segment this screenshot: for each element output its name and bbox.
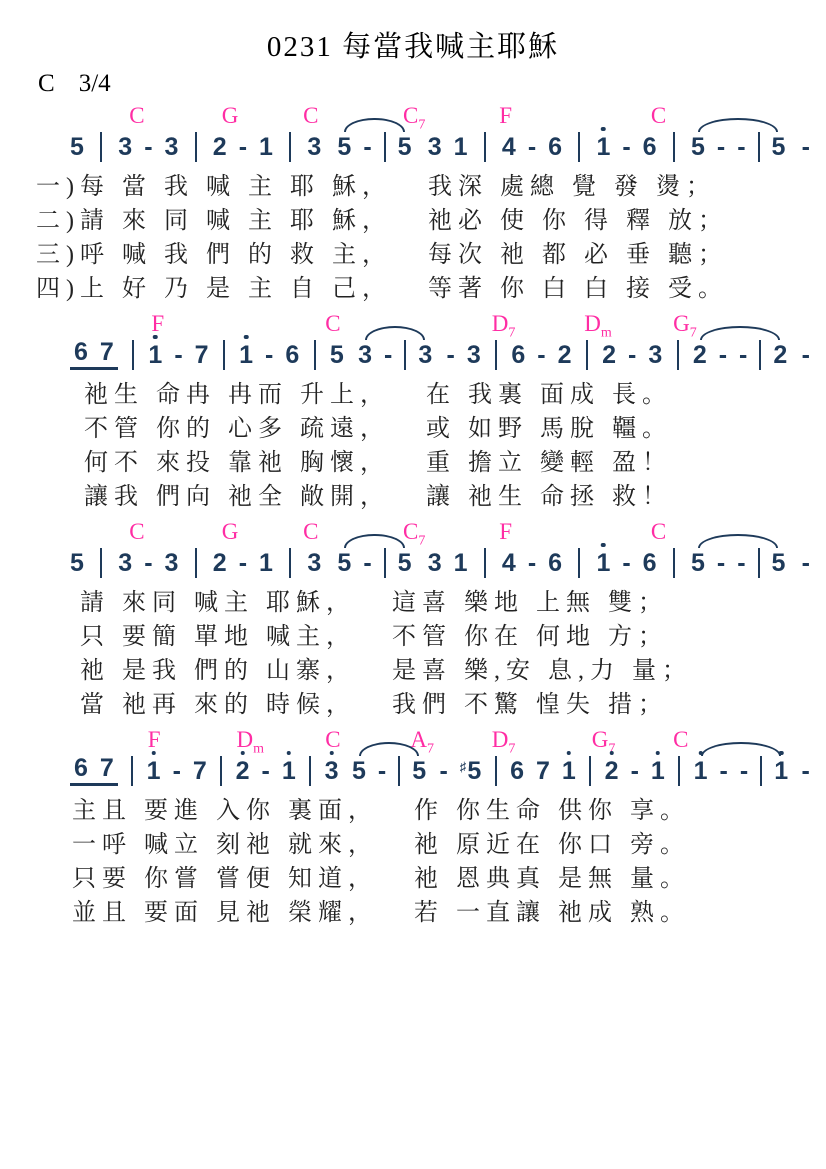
duration-dash: - — [378, 759, 386, 784]
lyric-line: 何不 來投 靠祂 胸懷， 重 擔立 變輕 盈！ — [84, 446, 826, 480]
lyric-line: 二)請 來 同 喊 主 耶 穌， 祂必 使 你 得 釋 放； — [36, 204, 826, 238]
barline — [289, 132, 291, 162]
note-group — [678, 756, 680, 786]
notation-note: 3 — [165, 551, 179, 576]
barline — [404, 340, 406, 370]
chord-root: F — [148, 727, 161, 752]
chord-root: D — [492, 311, 509, 336]
notation-note: 5 — [398, 551, 412, 576]
barline — [223, 340, 225, 370]
staff: CGCC7FC53-32-135-5314-61-65--5- — [70, 516, 810, 583]
note-group — [131, 756, 133, 786]
notation-note: 5 — [70, 551, 84, 576]
chord-label: C — [673, 728, 688, 751]
chord-label: C — [651, 520, 666, 543]
notation-note: 3 — [307, 551, 321, 576]
staff: CGCC7FC53-32-135-5314-61-65--5- — [70, 100, 810, 167]
duration-dash: - — [740, 759, 748, 784]
barline — [589, 756, 591, 786]
note-group: 5 — [330, 343, 344, 368]
chord-root: F — [499, 519, 512, 544]
time-signature: 3/4 — [79, 70, 111, 97]
chord-label: D7 — [492, 728, 516, 751]
chord-label: C — [325, 728, 340, 751]
chord-label: Dm — [584, 312, 612, 335]
chord-label: C — [303, 104, 318, 127]
chord-label: D7 — [492, 312, 516, 335]
chord-label: G7 — [592, 728, 616, 751]
notation-note: 1 — [596, 135, 610, 160]
note-group: 1-7 — [147, 759, 207, 784]
chord-label: C — [303, 520, 318, 543]
notation-note: 3 — [325, 759, 339, 784]
chord-label: F — [148, 728, 161, 751]
tie-group: 5-5 — [337, 548, 411, 578]
notation-note: 1 — [259, 551, 273, 576]
chord-row: CGCC7FC — [70, 516, 810, 543]
lyric-line: 並且 要面 見祂 榮耀， 若 一直讓 祂成 熟。 — [72, 896, 826, 930]
notation-note: 1 — [562, 759, 576, 784]
notation-row: 53-32-135-5314-61-65--5- — [70, 543, 810, 583]
barline — [289, 548, 291, 578]
note-group — [220, 756, 222, 786]
notation-note: 2 — [213, 551, 227, 576]
note-group: -♯5 — [440, 759, 482, 784]
duration-dash: - — [144, 135, 152, 160]
barline — [398, 756, 400, 786]
lyrics-block: 請 來同 喊主 耶穌， 這喜 樂地 上無 雙；只 要簡 單地 喊主， 不管 你在… — [0, 586, 826, 722]
duration-dash: - — [528, 135, 536, 160]
notation-note: 3 — [428, 551, 442, 576]
notation-note: 7 — [193, 759, 207, 784]
note-group — [589, 756, 591, 786]
duration-dash: - — [802, 343, 810, 368]
chord-root: C — [651, 103, 666, 128]
chord-label: C7 — [403, 520, 425, 543]
lyric-line: 只要 你嘗 嘗便 知道， 祂 恩典真 是無 量。 — [72, 862, 826, 896]
note-group: 1-6 — [596, 551, 656, 576]
notation-row: 671-72-135-5-♯56712-11--1- — [70, 751, 810, 791]
beam-group: 67 — [70, 756, 118, 786]
note-group: 31 — [428, 135, 468, 160]
duration-dash: - — [628, 343, 636, 368]
barline — [495, 340, 497, 370]
duration-dash: - — [739, 343, 747, 368]
notation-note: 6 — [285, 343, 299, 368]
chord-sub: 7 — [690, 326, 697, 341]
chord-row: CGCC7FC — [70, 100, 810, 127]
note-group — [289, 548, 291, 578]
chord-label: C7 — [403, 104, 425, 127]
duration-dash: - — [144, 551, 152, 576]
key-time-row: C3/4 — [38, 70, 826, 98]
notation-note: 2 — [213, 135, 227, 160]
notation-note: 5 — [772, 135, 786, 160]
note-group: 1-6 — [596, 135, 656, 160]
lyric-line: 不管 你的 心多 疏遠， 或 如野 馬脫 韁。 — [84, 412, 826, 446]
notation-note: 3 — [307, 135, 321, 160]
lyric-line: 一呼 喊立 刻祂 就來， 祂 原近在 你口 旁。 — [72, 828, 826, 862]
barline — [484, 548, 486, 578]
sheet-page: 0231 每當我喊主耶穌 C3/4 CGCC7FC53-32-135-5314-… — [0, 0, 826, 1169]
barline — [384, 548, 386, 578]
note-group — [195, 548, 197, 578]
chord-label: G — [222, 104, 239, 127]
duration-dash: - — [440, 759, 448, 784]
barline — [673, 548, 675, 578]
notation-note: 5 — [398, 135, 412, 160]
tie-group: 1--1 — [694, 756, 788, 786]
note-group — [314, 340, 316, 370]
duration-dash: - — [622, 135, 630, 160]
note-group — [289, 132, 291, 162]
notation-note: 7 — [100, 756, 114, 781]
notation-note: 2 — [605, 759, 619, 784]
chord-root: C — [325, 727, 340, 752]
chord-root: C — [403, 103, 418, 128]
barline — [195, 548, 197, 578]
duration-dash: - — [802, 551, 810, 576]
notation-note: 5 — [691, 551, 705, 576]
notation-note: 4 — [502, 551, 516, 576]
sharp-sign: ♯ — [460, 759, 467, 774]
note-group — [495, 756, 497, 786]
tie-group: 5-5 — [352, 756, 426, 786]
beam-group: 67 — [70, 340, 118, 370]
note-group: 671 — [510, 759, 576, 784]
duration-dash: - — [622, 551, 630, 576]
barline — [484, 132, 486, 162]
barline — [677, 340, 679, 370]
notation-note: 3 — [165, 135, 179, 160]
note-group — [100, 548, 102, 578]
notation-note: 7 — [100, 340, 114, 365]
notation-note: 3 — [118, 551, 132, 576]
note-group — [495, 340, 497, 370]
notation-row: 671-71-653-3-36-22-32--2- — [70, 335, 810, 375]
notation-note: 1 — [147, 759, 161, 784]
note-group: 3-3 — [118, 135, 178, 160]
notation-note: 6 — [74, 340, 88, 365]
note-group: 3 — [325, 759, 339, 784]
notation-note: 3 — [118, 135, 132, 160]
barline — [100, 548, 102, 578]
duration-dash: - — [737, 551, 745, 576]
note-group: 3 — [307, 135, 321, 160]
notation-note: 1 — [774, 759, 788, 784]
barline — [759, 340, 761, 370]
chord-root: D — [584, 311, 601, 336]
notation-note: 5 — [352, 759, 366, 784]
notation-note: 5 — [691, 135, 705, 160]
music-system: CGCC7FC53-32-135-5314-61-65--5-請 來同 喊主 耶… — [0, 516, 826, 722]
barline — [578, 132, 580, 162]
note-group: 5 — [70, 135, 84, 160]
notation-note: 4 — [502, 135, 516, 160]
chord-root: F — [499, 103, 512, 128]
note-group: 3-3 — [118, 551, 178, 576]
note-group — [673, 548, 675, 578]
notation-note: 1 — [454, 551, 468, 576]
notation-note: 5 — [412, 759, 426, 784]
duration-dash: - — [737, 135, 745, 160]
barline — [131, 756, 133, 786]
notation-note: 1 — [596, 551, 610, 576]
notation-note: 1 — [651, 759, 665, 784]
notation-note: 6 — [74, 756, 88, 781]
music-system: FDmCA7D7G7C671-72-135-5-♯56712-11--1-主且 … — [0, 724, 826, 930]
duration-dash: - — [173, 759, 181, 784]
note-group: 2-1 — [236, 759, 296, 784]
lyric-line: 請 來同 喊主 耶穌， 這喜 樂地 上無 雙； — [80, 586, 826, 620]
chord-label: F — [151, 312, 164, 335]
note-group: - — [802, 343, 810, 368]
note-group: 2-1 — [213, 551, 273, 576]
duration-dash: - — [719, 343, 727, 368]
chord-label: C — [129, 104, 144, 127]
note-group — [132, 340, 134, 370]
notation-note: 7 — [195, 343, 209, 368]
notation-note: 2 — [773, 343, 787, 368]
notation-note: 1 — [239, 343, 253, 368]
note-group: - — [802, 135, 810, 160]
duration-dash: - — [447, 343, 455, 368]
lyric-line: 主且 要進 入你 裏面， 作 你生命 供你 享。 — [72, 794, 826, 828]
notation-note: 5 — [772, 551, 786, 576]
note-group: 1-7 — [148, 343, 208, 368]
note-group — [586, 340, 588, 370]
chord-root: C — [129, 519, 144, 544]
chord-label: F — [499, 104, 512, 127]
chord-root: C — [129, 103, 144, 128]
note-group: 1-6 — [239, 343, 299, 368]
notation-note: 1 — [259, 135, 273, 160]
barline — [220, 756, 222, 786]
lyric-line: 一)每 當 我 喊 主 耶 穌， 我深 處總 覺 發 燙； — [36, 170, 826, 204]
chord-sub: 7 — [508, 326, 515, 341]
song-title: 0231 每當我喊主耶穌 — [0, 0, 826, 65]
lyrics-block: 主且 要進 入你 裏面， 作 你生命 供你 享。一呼 喊立 刻祂 就來， 祂 原… — [0, 794, 826, 930]
chord-label: Dm — [237, 728, 265, 751]
note-group — [484, 548, 486, 578]
duration-dash: - — [631, 759, 639, 784]
music-system: CGCC7FC53-32-135-5314-61-65--5-一)每 當 我 喊… — [0, 100, 826, 306]
chord-sub: 7 — [418, 118, 425, 133]
chord-root: C — [303, 103, 318, 128]
chord-label: C — [129, 520, 144, 543]
lyric-line: 三)呼 喊 我 們 的 救 主， 每次 祂 都 必 垂 聽； — [36, 238, 826, 272]
note-group — [578, 548, 580, 578]
note-group: 3 — [307, 551, 321, 576]
chord-sub: m — [253, 742, 264, 757]
duration-dash: - — [363, 551, 371, 576]
duration-dash: - — [262, 759, 270, 784]
note-group — [100, 132, 102, 162]
chord-sub: 7 — [427, 742, 434, 757]
chord-row: FCD7DmG7 — [70, 308, 810, 335]
notation-note: 2 — [236, 759, 250, 784]
barline — [309, 756, 311, 786]
note-group: 4-6 — [502, 551, 562, 576]
music-system: FCD7DmG7671-71-653-3-36-22-32--2-祂生 命冉 冉… — [0, 308, 826, 514]
notation-note: 6 — [548, 551, 562, 576]
duration-dash: - — [537, 343, 545, 368]
notation-note: 1 — [454, 135, 468, 160]
chord-root: G — [673, 311, 690, 336]
staff: FDmCA7D7G7C671-72-135-5-♯56712-11--1- — [70, 724, 810, 791]
chord-root: F — [151, 311, 164, 336]
lyrics-block: 一)每 當 我 喊 主 耶 穌， 我深 處總 覺 發 燙；二)請 來 同 喊 主… — [0, 170, 826, 306]
note-group: 5 — [70, 551, 84, 576]
notation-note: 7 — [536, 759, 550, 784]
chord-root: G — [222, 519, 239, 544]
note-group: 6-2 — [511, 343, 571, 368]
notation-note: 3 — [648, 343, 662, 368]
notation-note: 2 — [693, 343, 707, 368]
notation-note: 5 — [337, 135, 351, 160]
note-group: - — [802, 759, 810, 784]
duration-dash: - — [174, 343, 182, 368]
barline — [195, 132, 197, 162]
barline — [314, 340, 316, 370]
notation-note: 6 — [548, 135, 562, 160]
music-systems: CGCC7FC53-32-135-5314-61-65--5-一)每 當 我 喊… — [0, 100, 826, 930]
notation-note: 3 — [358, 343, 372, 368]
note-group: 4-6 — [502, 135, 562, 160]
duration-dash: - — [239, 135, 247, 160]
notation-note: 3 — [428, 135, 442, 160]
note-group — [677, 340, 679, 370]
notation-note: 5 — [337, 551, 351, 576]
chord-row: FDmCA7D7G7C — [70, 724, 810, 751]
tie-group: 5-5 — [337, 132, 411, 162]
note-group — [673, 132, 675, 162]
barline — [384, 132, 386, 162]
duration-dash: - — [802, 759, 810, 784]
notation-note: 3 — [418, 343, 432, 368]
chord-root: D — [492, 727, 509, 752]
chord-root: C — [651, 519, 666, 544]
chord-sub: 7 — [508, 742, 515, 757]
duration-dash: - — [717, 551, 725, 576]
tie-group: 3-3 — [358, 340, 432, 370]
lyric-line: 四)上 好 乃 是 主 自 己， 等著 你 白 白 接 受。 — [36, 272, 826, 306]
duration-dash: - — [802, 135, 810, 160]
chord-root: C — [303, 519, 318, 544]
notation-note: 3 — [467, 343, 481, 368]
tie-group: 5--5 — [691, 132, 785, 162]
notation-note: 6 — [510, 759, 524, 784]
chord-label: C — [325, 312, 340, 335]
note-group: 2-3 — [602, 343, 662, 368]
duration-dash: - — [717, 135, 725, 160]
note-group: - — [802, 551, 810, 576]
note-group: -3 — [447, 343, 481, 368]
chord-label: C — [651, 104, 666, 127]
chord-root: C — [325, 311, 340, 336]
chord-label: F — [499, 520, 512, 543]
note-group: 31 — [428, 551, 468, 576]
notation-note: 5 — [330, 343, 344, 368]
note-group: 2-1 — [213, 135, 273, 160]
duration-dash: - — [384, 343, 392, 368]
chord-root: C — [673, 727, 688, 752]
chord-root: C — [403, 519, 418, 544]
barline — [495, 756, 497, 786]
barline — [673, 132, 675, 162]
barline — [586, 340, 588, 370]
chord-root: G — [222, 103, 239, 128]
lyric-line: 讓我 們向 祂全 敞開， 讓 祂生 命拯 救！ — [84, 480, 826, 514]
chord-label: G7 — [673, 312, 697, 335]
barline — [760, 756, 762, 786]
tie-group: 5--5 — [691, 548, 785, 578]
barline — [758, 132, 760, 162]
barline — [578, 548, 580, 578]
notation-note: 1 — [282, 759, 296, 784]
key-signature: C — [38, 70, 55, 97]
chord-root: D — [237, 727, 254, 752]
notation-note: 2 — [558, 343, 572, 368]
notation-note: 6 — [511, 343, 525, 368]
notation-note: 6 — [643, 551, 657, 576]
lyric-line: 當 祂再 來的 時候， 我們 不驚 惶失 措； — [80, 688, 826, 722]
duration-dash: - — [265, 343, 273, 368]
lyric-line: 祂生 命冉 冉而 升上， 在 我裏 面成 長。 — [84, 378, 826, 412]
chord-sub: m — [601, 326, 612, 341]
duration-dash: - — [528, 551, 536, 576]
chord-sub: 7 — [418, 534, 425, 549]
lyric-line: 只 要簡 單地 喊主， 不管 你在 何地 方； — [80, 620, 826, 654]
barline — [100, 132, 102, 162]
duration-dash: - — [363, 135, 371, 160]
notation-note: 1 — [148, 343, 162, 368]
note-group — [578, 132, 580, 162]
staff: FCD7DmG7671-71-653-3-36-22-32--2- — [70, 308, 810, 375]
lyrics-block: 祂生 命冉 冉而 升上， 在 我裏 面成 長。不管 你的 心多 疏遠， 或 如野… — [0, 378, 826, 514]
barline — [678, 756, 680, 786]
note-group — [484, 132, 486, 162]
notation-row: 53-32-135-5314-61-65--5- — [70, 127, 810, 167]
notation-note: 5 — [70, 135, 84, 160]
barline — [758, 548, 760, 578]
chord-root: G — [592, 727, 609, 752]
notation-note: 6 — [643, 135, 657, 160]
tie-group: 2--2 — [693, 340, 787, 370]
duration-dash: - — [239, 551, 247, 576]
notation-note: 2 — [602, 343, 616, 368]
note-group: 2-1 — [605, 759, 665, 784]
notation-note: 1 — [694, 759, 708, 784]
lyric-line: 祂 是我 們的 山寨， 是喜 樂,安 息,力 量； — [80, 654, 826, 688]
note-group — [195, 132, 197, 162]
barline — [132, 340, 134, 370]
note-group — [223, 340, 225, 370]
chord-label: G — [222, 520, 239, 543]
duration-dash: - — [720, 759, 728, 784]
note-group — [309, 756, 311, 786]
notation-note: ♯5 — [460, 759, 481, 784]
